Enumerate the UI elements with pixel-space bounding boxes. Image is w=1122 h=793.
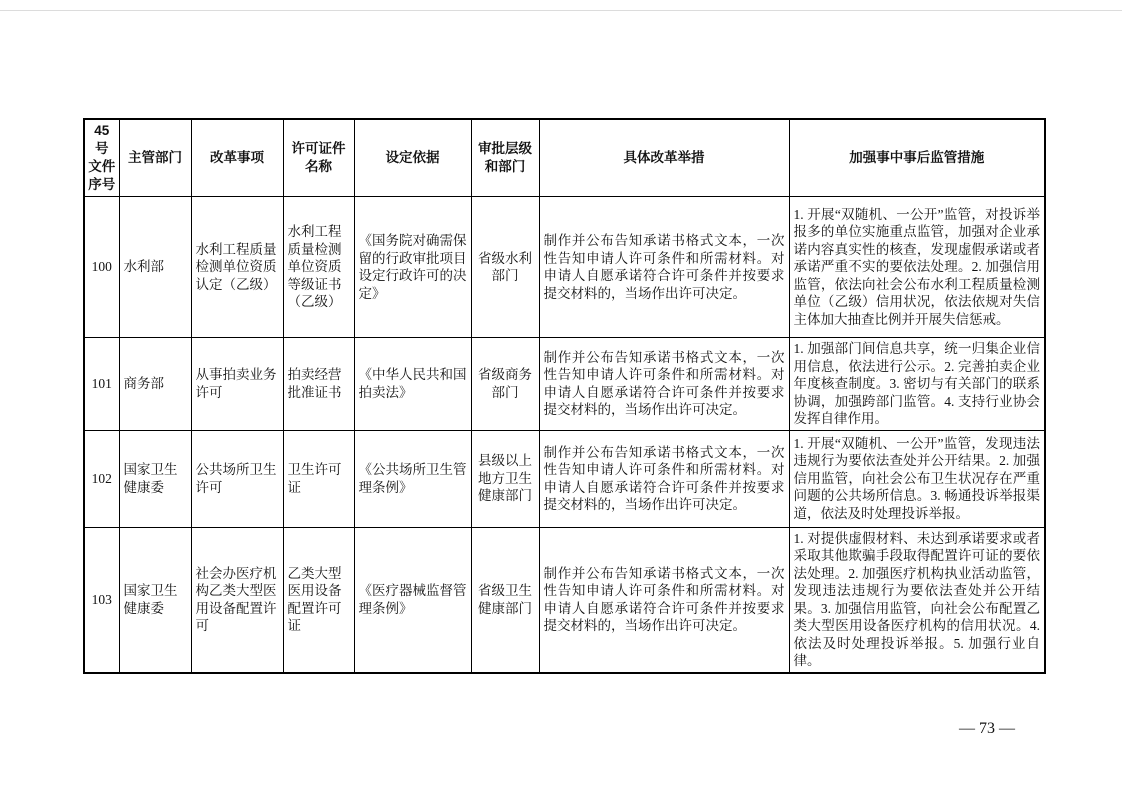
cell-measures: 制作并公布告知承诺书格式文本，一次性告知申请人许可条件和所需材料。对申请人自愿承… [539, 527, 789, 673]
cell-approval: 县级以上地方卫生健康部门 [471, 430, 539, 527]
header-basis: 设定依据 [354, 119, 471, 197]
cell-dept: 国家卫生健康委 [119, 430, 191, 527]
cell-reform: 从事拍卖业务许可 [191, 338, 283, 431]
page-top-edge [0, 10, 1122, 11]
table-row-102: 102 国家卫生健康委 公共场所卫生许可 卫生许可证 《公共场所卫生管理条例》 … [84, 430, 1045, 527]
cell-license: 卫生许可证 [283, 430, 354, 527]
cell-seq: 100 [84, 197, 119, 338]
cell-basis: 《国务院对确需保留的行政审批项目设定行政许可的决定》 [354, 197, 471, 338]
table-row-101: 101 商务部 从事拍卖业务许可 拍卖经营批准证书 《中华人民共和国拍卖法》 省… [84, 338, 1045, 431]
header-approval: 审批层级 和部门 [471, 119, 539, 197]
header-license: 许可证件 名称 [283, 119, 354, 197]
cell-reform: 水利工程质量检测单位资质认定（乙级） [191, 197, 283, 338]
cell-seq: 103 [84, 527, 119, 673]
table-row-103: 103 国家卫生健康委 社会办医疗机构乙类大型医用设备配置许可 乙类大型医用设备… [84, 527, 1045, 673]
page-number: — 73 — [944, 718, 1030, 740]
cell-supervision: 1. 加强部门间信息共享，统一归集企业信用信息，依法进行公示。2. 完善拍卖企业… [789, 338, 1045, 431]
header-dept: 主管部门 [119, 119, 191, 197]
cell-approval: 省级卫生健康部门 [471, 527, 539, 673]
table-header-row: 45 号 文件 序号 主管部门 改革事项 许可证件 名称 设定依据 审批层级 和… [84, 119, 1045, 197]
cell-measures: 制作并公布告知承诺书格式文本，一次性告知申请人许可条件和所需材料。对申请人自愿承… [539, 430, 789, 527]
cell-reform: 公共场所卫生许可 [191, 430, 283, 527]
cell-measures: 制作并公布告知承诺书格式文本，一次性告知申请人许可条件和所需材料。对申请人自愿承… [539, 197, 789, 338]
cell-dept: 国家卫生健康委 [119, 527, 191, 673]
cell-approval: 省级商务部门 [471, 338, 539, 431]
header-seq: 45 号 文件 序号 [84, 119, 119, 197]
cell-dept: 水利部 [119, 197, 191, 338]
cell-seq: 101 [84, 338, 119, 431]
cell-supervision: 1. 开展“双随机、一公开”监管，发现违法违规行为要依法查处并公开结果。2. 加… [789, 430, 1045, 527]
cell-basis: 《公共场所卫生管理条例》 [354, 430, 471, 527]
cell-measures: 制作并公布告知承诺书格式文本，一次性告知申请人许可条件和所需材料。对申请人自愿承… [539, 338, 789, 431]
header-reform: 改革事项 [191, 119, 283, 197]
cell-approval: 省级水利部门 [471, 197, 539, 338]
cell-seq: 102 [84, 430, 119, 527]
cell-basis: 《中华人民共和国拍卖法》 [354, 338, 471, 431]
cell-basis: 《医疗器械监督管理条例》 [354, 527, 471, 673]
cell-supervision: 1. 对提供虚假材料、未达到承诺要求或者采取其他欺骗手段取得配置许可证的要依法处… [789, 527, 1045, 673]
cell-license: 乙类大型医用设备配置许可证 [283, 527, 354, 673]
cell-reform: 社会办医疗机构乙类大型医用设备配置许可 [191, 527, 283, 673]
header-measures: 具体改革举措 [539, 119, 789, 197]
cell-dept: 商务部 [119, 338, 191, 431]
cell-supervision: 1. 开展“双随机、一公开”监管，对投诉举报多的单位实施重点监管，加强对企业承诺… [789, 197, 1045, 338]
cell-license: 水利工程质量检测单位资质等级证书（乙级） [283, 197, 354, 338]
table-row-100: 100 水利部 水利工程质量检测单位资质认定（乙级） 水利工程质量检测单位资质等… [84, 197, 1045, 338]
header-supervision: 加强事中事后监管措施 [789, 119, 1045, 197]
reform-items-table: 45 号 文件 序号 主管部门 改革事项 许可证件 名称 设定依据 审批层级 和… [83, 118, 1046, 674]
cell-license: 拍卖经营批准证书 [283, 338, 354, 431]
